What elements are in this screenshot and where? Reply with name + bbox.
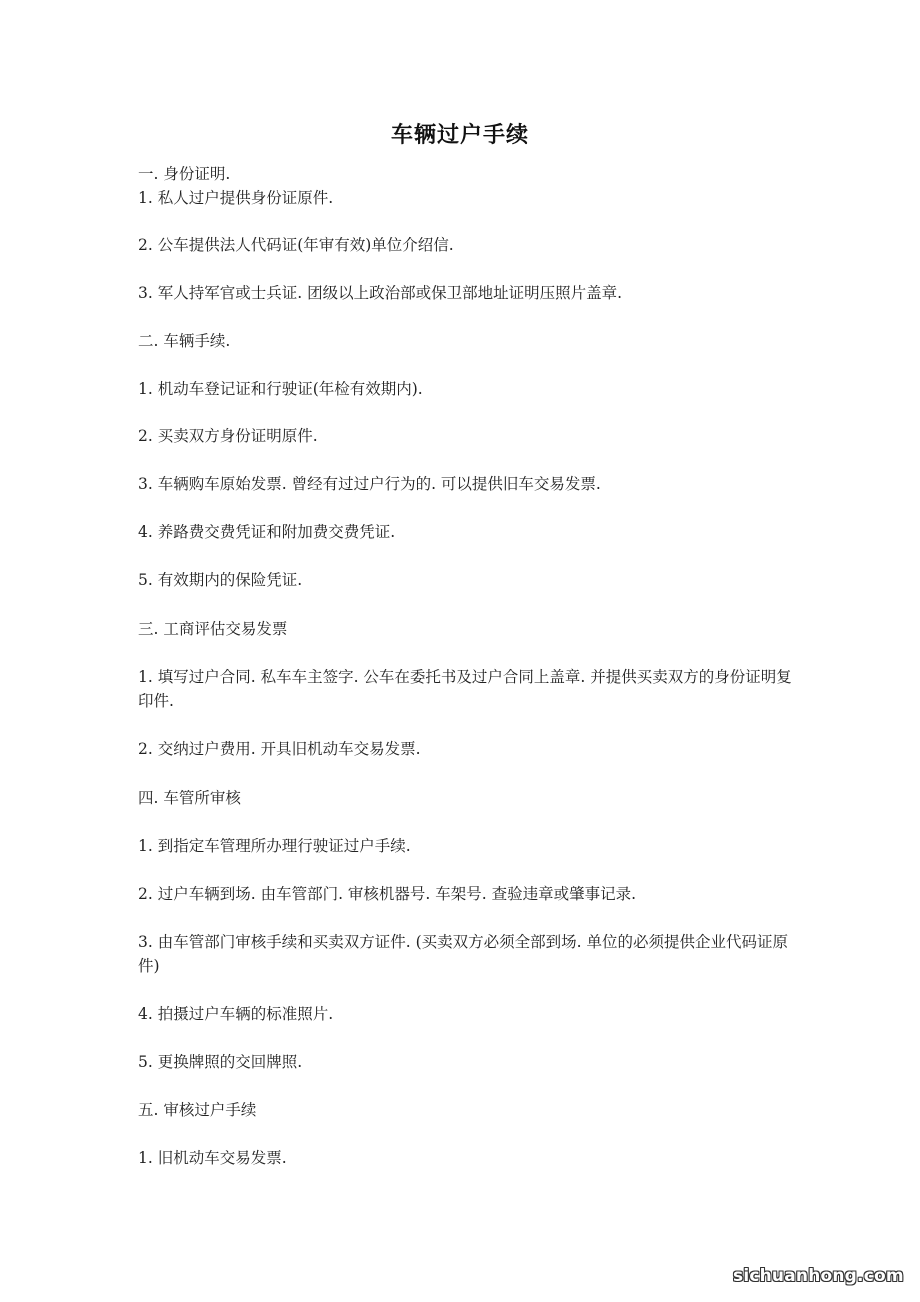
list-item: 1. 到指定车管理所办理行驶证过户手续.: [138, 834, 798, 858]
list-item: 1. 填写过户合同. 私车车主签字. 公车在委托书及过户合同上盖章. 并提供买卖…: [138, 665, 798, 713]
list-item: 3. 军人持军官或士兵证. 团级以上政治部或保卫部地址证明压照片盖章.: [138, 281, 798, 305]
list-item: 2. 过户车辆到场. 由车管部门. 审核机器号. 车架号. 查验违章或肇事记录.: [138, 882, 798, 906]
section-heading-transfer-review: 五. 审核过户手续: [138, 1098, 798, 1122]
list-item: 3. 由车管部门审核手续和买卖双方证件. (买卖双方必须全部到场. 单位的必须提…: [138, 930, 798, 978]
list-item: 2. 交纳过户费用. 开具旧机动车交易发票.: [138, 737, 798, 761]
section-heading-identity: 一. 身份证明.: [138, 162, 798, 186]
list-item: 4. 养路费交费凭证和附加费交费凭证.: [138, 520, 798, 544]
list-item: 3. 车辆购车原始发票. 曾经有过过户行为的. 可以提供旧车交易发票.: [138, 472, 798, 496]
list-item: 5. 有效期内的保险凭证.: [138, 568, 798, 592]
document-page: 车辆过户手续 一. 身份证明. 1. 私人过户提供身份证原件. 2. 公车提供法…: [0, 0, 920, 1302]
list-item: 2. 公车提供法人代码证(年审有效)单位介绍信.: [138, 233, 798, 257]
list-item: 1. 私人过户提供身份证原件.: [138, 186, 798, 210]
section-heading-review: 四. 车管所审核: [138, 786, 798, 810]
list-item: 4. 拍摄过户车辆的标准照片.: [138, 1002, 798, 1026]
list-item: 5. 更换牌照的交回牌照.: [138, 1050, 798, 1074]
list-item: 2. 买卖双方身份证明原件.: [138, 424, 798, 448]
list-item: 1. 旧机动车交易发票.: [138, 1146, 798, 1170]
document-title: 车辆过户手续: [0, 121, 920, 151]
section-heading-invoice: 三. 工商评估交易发票: [138, 617, 798, 641]
list-item: 1. 机动车登记证和行驶证(年检有效期内).: [138, 377, 798, 401]
watermark: sichuanhong.com: [733, 1266, 904, 1286]
section-heading-vehicle: 二. 车辆手续.: [138, 329, 798, 353]
